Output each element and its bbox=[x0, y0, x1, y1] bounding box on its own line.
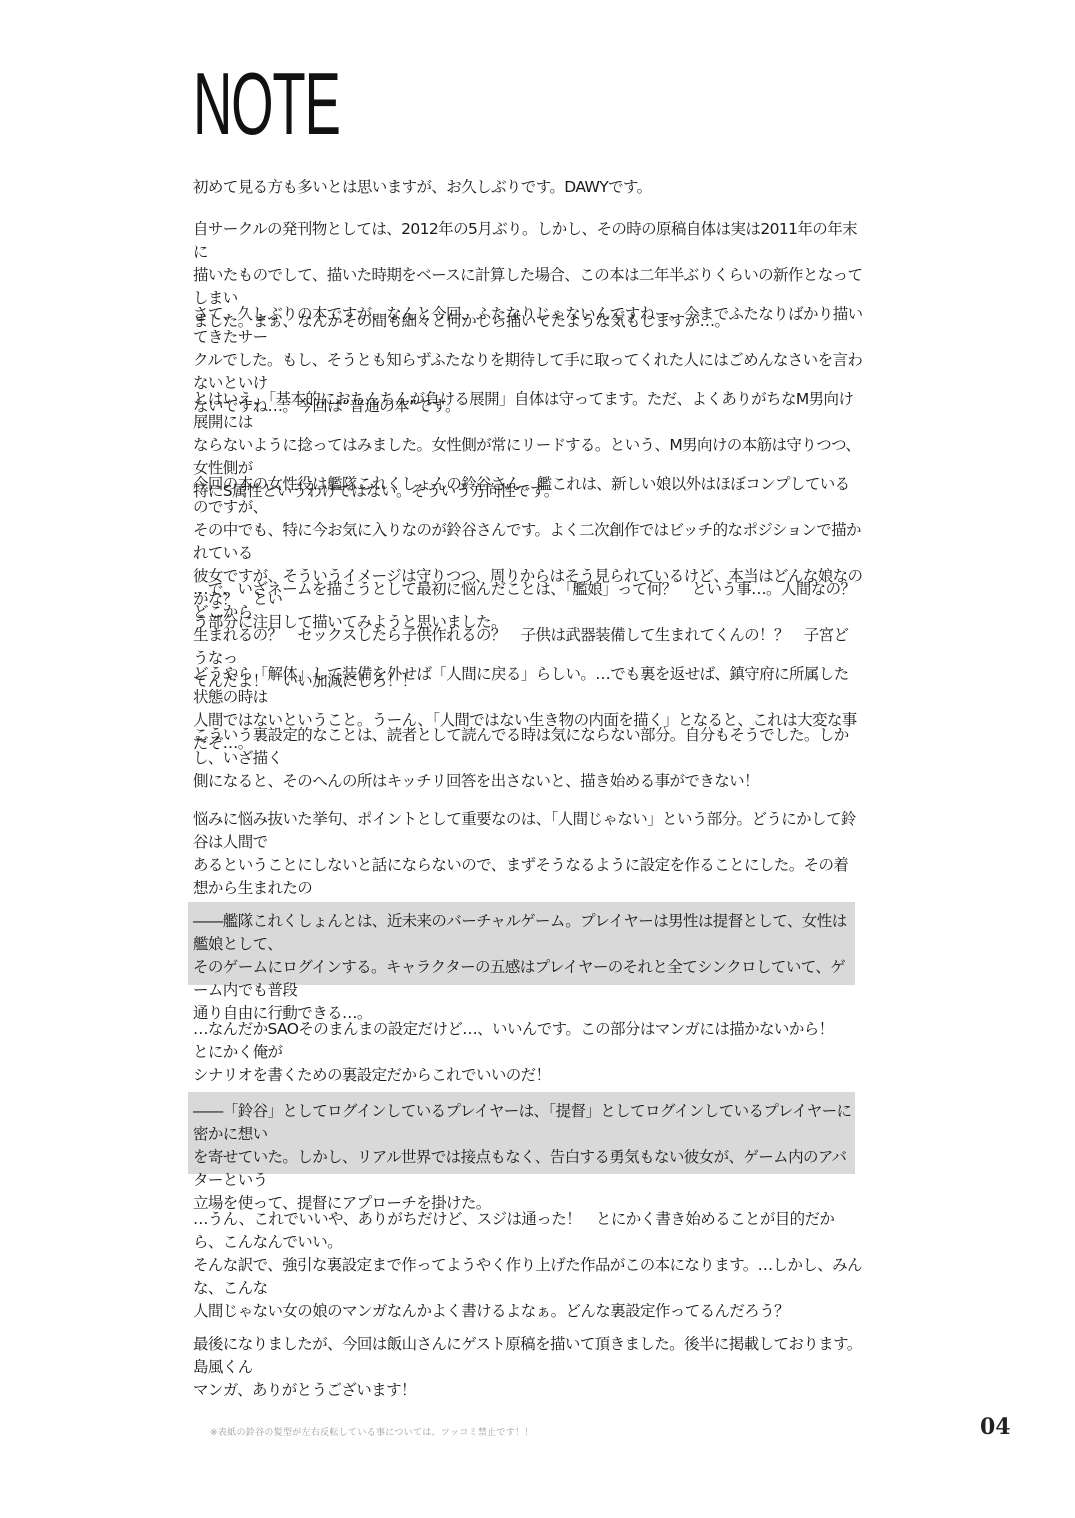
paragraph-intro: 初めて見る方も多いとは思いますが、お久しぶりです。DAWYです。 bbox=[193, 176, 863, 199]
paragraph-guest-thanks: 最後になりましたが、今回は飯山さんにゲスト原稿を描いて頂きました。後半に掲載して… bbox=[193, 1333, 863, 1402]
page-number: 04 bbox=[980, 1414, 1011, 1440]
setting-box-virtual-game: ――艦隊これくしょんとは、近未来のバーチャルゲーム。プレイヤーは男性は提督として… bbox=[188, 902, 855, 985]
page-title: NOTE bbox=[193, 60, 340, 148]
paragraph-background-setting: こういう裏設定的なことは、読者として読んでる時は気にならない部分。自分もそうでし… bbox=[193, 724, 863, 793]
paragraph-conclusion: …うん、これでいいや、ありがちだけど、スジは通った！ とにかく書き始めることが目… bbox=[193, 1208, 863, 1323]
setting-box-text: ――「鈴谷」としてログインしているプレイヤーは、「提督」としてログインしているプ… bbox=[188, 1092, 855, 1215]
setting-box-suzuya-player: ――「鈴谷」としてログインしているプレイヤーは、「提督」としてログインしているプ… bbox=[188, 1092, 855, 1174]
paragraph-sao: …なんだかSAOそのまんまの設定だけど…、いいんです。この部分はマンガには描かな… bbox=[193, 1018, 863, 1087]
footnote: ※表紙の鈴谷の髪型が左右反転している事については、ツッコミ禁止です！！ bbox=[210, 1425, 534, 1438]
setting-box-text: ――艦隊これくしょんとは、近未来のバーチャルゲーム。プレイヤーは男性は提督として… bbox=[188, 902, 855, 1025]
